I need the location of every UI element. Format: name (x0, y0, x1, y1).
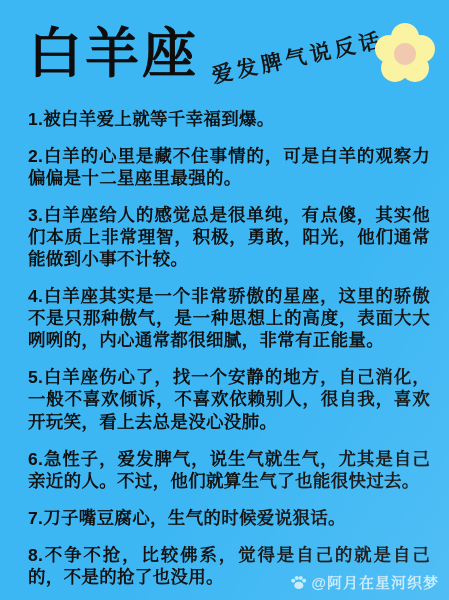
watermark-text: @阿月在星河织梦 (311, 572, 439, 593)
flower-icon (373, 22, 437, 86)
watermark: @阿月在星河织梦 (290, 572, 439, 593)
list-item: 4.白羊座其实是一个非常骄傲的星座，这里的骄傲不是只那种傲气，是一种思想上的高度… (28, 285, 430, 351)
list-item: 2.白羊的心里是藏不住事情的，可是白羊的观察力偏偏是十二星座里最强的。 (28, 145, 430, 189)
list-item: 1.被白羊爱上就等千幸福到爆。 (28, 108, 430, 130)
paw-icon (290, 575, 307, 590)
list-item: 3.白羊座给人的感觉总是很单纯，有点傻，其实他们本质上非常理智，积极，勇敢，阳光… (28, 204, 430, 270)
list-item: 6.急性子，爱发脾气，说生气就生气，尤其是自己亲近的人。不过，他们就算生气了也能… (28, 448, 430, 492)
flower-center (394, 43, 416, 65)
card-header: 白羊座 爱发脾气说反话 (0, 0, 449, 96)
list-item: 7.刀子嘴豆腐心，生气的时候爱说狠话。 (28, 507, 430, 529)
trait-list: 1.被白羊爱上就等千幸福到爆。 2.白羊的心里是藏不住事情的，可是白羊的观察力偏… (0, 96, 449, 588)
list-item: 5.白羊座伤心了，找一个安静的地方，自己消化，一般不喜欢倾诉，不喜欢依赖别人，很… (28, 366, 430, 432)
